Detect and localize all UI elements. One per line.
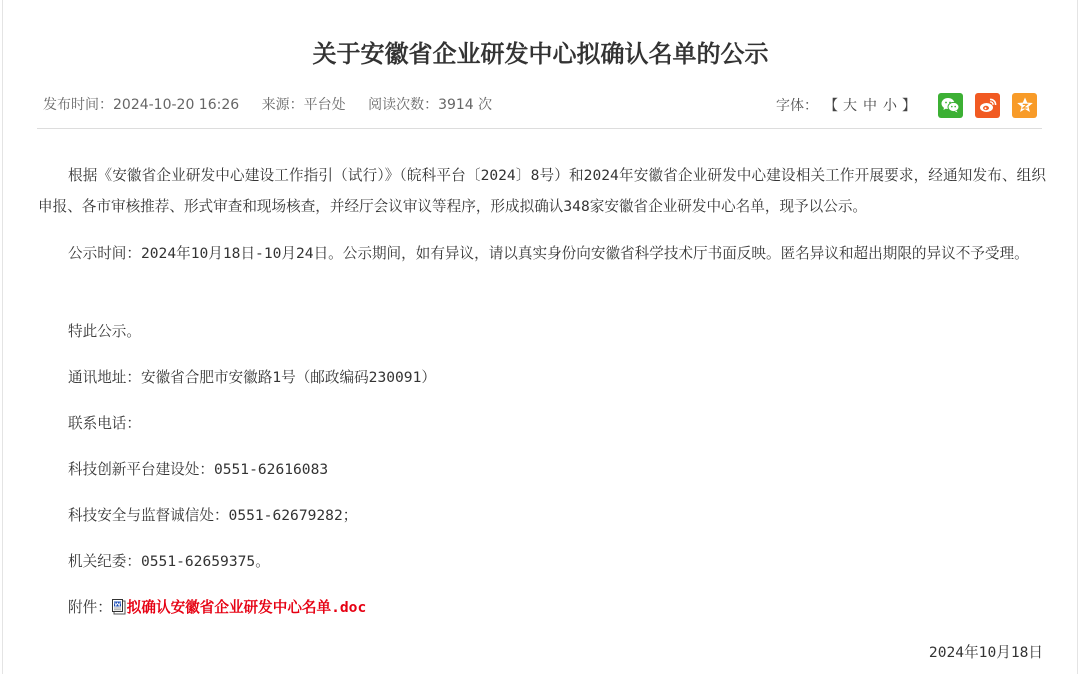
share-buttons <box>938 93 1037 118</box>
attachment-row: 附件： 拟确认安徽省企业研发中心名单.doc <box>68 596 366 620</box>
view-count: 阅读次数：3914 次 <box>368 97 492 113</box>
font-size-medium-button[interactable]: 中 <box>863 95 877 115</box>
weibo-share-icon[interactable] <box>975 93 1000 118</box>
word-document-icon <box>112 599 126 615</box>
contact-security-dept: 科技安全与监督诚信处：0551-62679282； <box>68 504 357 528</box>
article-meta: 发布时间：2024-10-20 16:26 来源：平台处 阅读次数：3914 次 <box>43 94 510 116</box>
attachment-download-link[interactable]: 拟确认安徽省企业研发中心名单.doc <box>127 599 366 616</box>
font-size-large-button[interactable]: 大 <box>843 95 857 115</box>
mailing-address: 通讯地址：安徽省合肥市安徽路1号（邮政编码230091） <box>68 366 436 390</box>
sign-date: 2024年10月18日 <box>929 641 1043 665</box>
font-size-label: 字体： <box>776 95 818 115</box>
qzone-share-icon[interactable] <box>1012 93 1037 118</box>
header-divider <box>37 128 1042 129</box>
attachment-label: 附件： <box>68 599 112 616</box>
closing-line: 特此公示。 <box>68 320 141 344</box>
article-tools: 字体： 【 大 中 小 】 <box>776 92 1037 118</box>
paragraph-basis: 根据《安徽省企业研发中心建设工作指引（试行）》（皖科平台〔2024〕8号）和20… <box>38 160 1046 222</box>
paragraph-period: 公示时间：2024年10月18日-10月24日。公示期间，如有异议，请以真实身份… <box>38 238 1046 269</box>
source: 来源：平台处 <box>262 97 346 113</box>
article-title: 关于安徽省企业研发中心拟确认名单的公示 <box>0 36 1081 72</box>
font-size-bracket-close: 】 <box>902 95 916 115</box>
font-size-small-button[interactable]: 小 <box>883 95 897 115</box>
contact-phone-label: 联系电话： <box>68 412 141 436</box>
publish-time: 发布时间：2024-10-20 16:26 <box>43 97 239 113</box>
wechat-share-icon[interactable] <box>938 93 963 118</box>
font-size-bracket-open: 【 <box>824 95 838 115</box>
contact-platform-dept: 科技创新平台建设处：0551-62616083 <box>68 458 328 482</box>
contact-discipline-committee: 机关纪委：0551-62659375。 <box>68 550 270 574</box>
